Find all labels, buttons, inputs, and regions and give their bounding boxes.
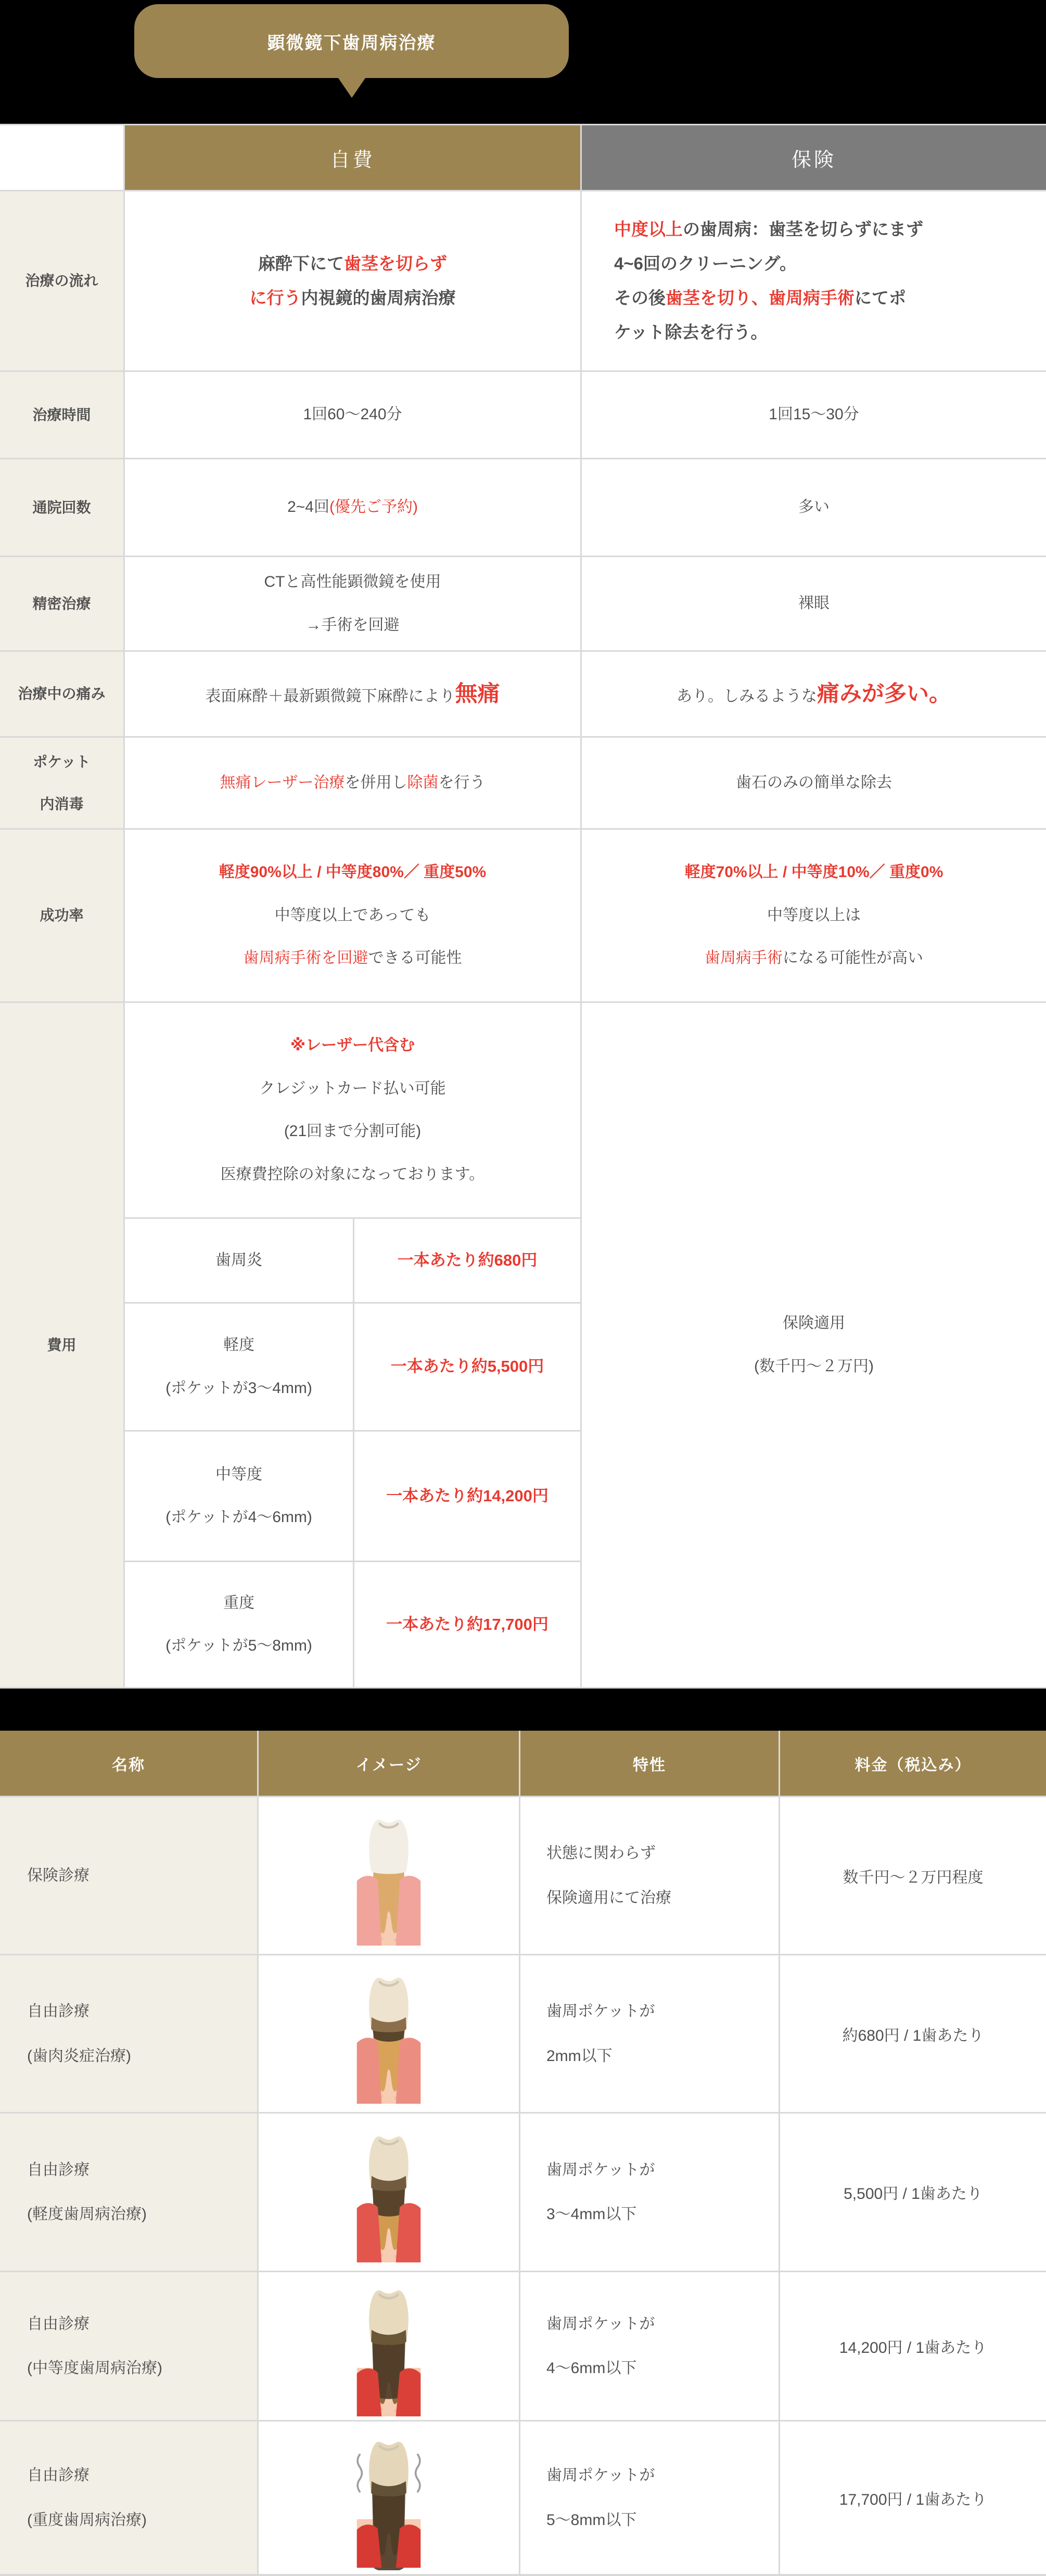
text-line: 歯周病手術になる可能性が高い — [705, 937, 923, 980]
treatment-feature-line: 保険適用にて治療 — [546, 1876, 671, 1921]
text-segment: (数千円〜２万円) — [754, 1358, 874, 1375]
row-label-cell: 治療時間 — [0, 372, 123, 458]
row-label-cell: 費用 — [0, 1003, 123, 1687]
emphasis-red-text: (優先ご予約) — [329, 498, 418, 516]
text-line: →手術を回避 — [306, 604, 400, 647]
text-segment: その後 — [614, 288, 666, 307]
text-line: 中等度以上であっても — [275, 894, 431, 937]
treatment-feature-line: 状態に関わらず — [546, 1831, 656, 1876]
insurance-cell: 軽度70%以上 / 中等度10%／ 重度0%中等度以上は歯周病手術になる可能性が… — [582, 830, 1046, 1001]
price-table: 名称 イメージ 特性 料金（税込み） 保険診療状態に関わらず保険適用にて治療数千… — [0, 1731, 1046, 2574]
text-segment: 麻酔下にて — [258, 254, 344, 273]
treatment-price-text: 17,700円 / 1歯あたり — [839, 2487, 987, 2509]
compare-header-empty-cell — [0, 125, 123, 190]
text-line: 歯石のみの簡単な除去 — [736, 766, 892, 800]
fee-info-block: ※レーザー代含むクレジットカード払い可能(21回まで分割可能)医療費控除の対象に… — [125, 1003, 580, 1217]
treatment-price-text: 14,200円 / 1歯あたり — [839, 2335, 987, 2358]
text-line: 多い — [798, 491, 830, 524]
fee-price-cell: 一本あたり約14,200円 — [354, 1432, 580, 1561]
fee-grade-line: 中等度 — [215, 1453, 262, 1497]
page-title: 顕微鏡下歯周病治療 — [267, 29, 436, 54]
emphasis-red-text: 歯茎を切り、歯周病手術 — [666, 288, 854, 307]
emphasis-red-text: 歯周病手術 — [705, 949, 783, 967]
text-line: (数千円〜２万円) — [754, 1345, 874, 1388]
row-label-cell: 精密治療 — [0, 557, 123, 650]
fee-grade-cell: 軽度(ポケットが3〜4mm) — [125, 1304, 353, 1430]
treatment-feature-line: 歯周ポケットが — [546, 2148, 655, 2193]
insurance-cell: 中度以上の歯周病：歯茎を切らずにまず4~6回のクリーニング。その後歯茎を切り、歯… — [582, 191, 1046, 370]
row-label-cell: ポケット内消毒 — [0, 738, 123, 828]
text-segment: 中等度以上は — [767, 907, 861, 924]
emphasis-red-text: 無痛 — [455, 681, 500, 706]
row-label-cell: 治療中の痛み — [0, 652, 123, 736]
self-pay-cell: CTと高性能顕微鏡を使用→手術を回避 — [125, 557, 580, 650]
text-line: 麻酔下にて歯茎を切らず — [258, 247, 447, 281]
treatment-feature-cell: 歯周ポケットが4〜6mm以下 — [520, 2272, 779, 2420]
treatment-image-cell — [259, 1797, 519, 1954]
text-segment: 2~4回 — [287, 498, 329, 516]
treatment-image-cell — [259, 2114, 519, 2271]
text-segment: ケット除去を行う。 — [614, 323, 768, 342]
treatment-name-line: 自由診療 — [27, 1989, 90, 2034]
treatment-feature-line: 2mm以下 — [546, 2034, 613, 2079]
fee-grade-line: (ポケットが4〜6mm) — [165, 1496, 312, 1539]
emphasis-red-text: 中度以上 — [614, 220, 683, 239]
text-segment: を併用し — [345, 774, 407, 791]
treatment-feature-line: 3〜4mm以下 — [546, 2192, 636, 2237]
treatment-name-cell: 自由診療(中等度歯周病治療) — [0, 2272, 257, 2420]
treatment-image-cell — [259, 2272, 519, 2420]
text-line: (21回まで分割可能) — [284, 1110, 421, 1153]
fee-price-cell: 一本あたり約5,500円 — [354, 1304, 580, 1430]
text-segment: 医療費控除の対象になっております。 — [221, 1166, 485, 1183]
treatment-price-cell: 17,700円 / 1歯あたり — [780, 2422, 1046, 2574]
text-segment: 保険適用 — [783, 1315, 845, 1332]
text-line: CTと高性能顕微鏡を使用 — [264, 561, 441, 604]
text-segment: 歯石のみの簡単な除去 — [736, 774, 892, 791]
treatment-name-cell: 自由診療(重度歯周病治療) — [0, 2422, 257, 2574]
treatment-price-text: 5,500円 / 1歯あたり — [844, 2181, 983, 2204]
self-pay-cell: 麻酔下にて歯茎を切らずに行う内視鏡的歯周病治療 — [125, 191, 580, 370]
fee-grade-line: 歯周炎 — [215, 1239, 262, 1282]
divider-band — [0, 1689, 1046, 1731]
fee-grade-cell: 歯周炎 — [125, 1219, 353, 1302]
tooth-mild-perio-icon — [339, 2117, 439, 2268]
row-label-line: 成功率 — [40, 894, 83, 936]
treatment-name-cell: 自由診療(軽度歯周病治療) — [0, 2114, 257, 2271]
compare-header-insurance: 保険 — [582, 125, 1046, 190]
emphasis-red-text: 痛みが多い。 — [817, 681, 951, 706]
row-label-line: 治療時間 — [32, 394, 91, 436]
treatment-price-text: 約680円 / 1歯あたり — [843, 2023, 984, 2045]
text-line: 2~4回(優先ご予約) — [287, 491, 418, 524]
text-segment: の歯周病：歯茎を切らずにまず — [683, 220, 923, 239]
emphasis-red-text: 歯茎を切らず — [344, 254, 447, 273]
row-label-cell: 通院回数 — [0, 459, 123, 556]
text-segment: できる可能性 — [368, 949, 462, 967]
treatment-price-cell: 数千円〜２万円程度 — [780, 1797, 1046, 1954]
treatment-feature-line: 歯周ポケットが — [546, 2302, 655, 2347]
emphasis-red-text: に行う — [250, 288, 301, 307]
fee-grade-line: (ポケットが5〜8mm) — [165, 1625, 312, 1668]
insurance-cost-cell: 保険適用(数千円〜２万円) — [582, 1003, 1046, 1687]
treatment-feature-cell: 歯周ポケットが2mm以下 — [520, 1955, 779, 2112]
self-pay-cell: 表面麻酔＋最新顕微鏡下麻酔により無痛 — [125, 652, 580, 736]
treatment-name-line: 自由診療 — [27, 2148, 90, 2193]
treatment-feature-cell: 歯周ポケットが3〜4mm以下 — [520, 2114, 779, 2271]
text-line: 軽度70%以上 / 中等度10%／ 重度0% — [685, 851, 943, 894]
top-banner-band: 顕微鏡下歯周病治療 — [0, 0, 1046, 124]
tooth-severe-perio-icon — [339, 2423, 439, 2573]
text-line: あり。しみるような痛みが多い。 — [677, 670, 951, 718]
fee-price-text: 一本あたり約14,200円 — [386, 1479, 548, 1514]
emphasis-red-text: 無痛レーザー治療 — [220, 774, 345, 791]
row-label-cell: 治療の流れ — [0, 191, 123, 370]
text-line: 保険適用 — [783, 1302, 845, 1345]
text-line: 表面麻酔＋最新顕微鏡下麻酔により無痛 — [206, 670, 500, 718]
text-line: ケット除去を行う。 — [614, 315, 768, 350]
text-line: 1回15〜30分 — [769, 398, 859, 432]
treatment-name-line: 自由診療 — [27, 2453, 90, 2498]
text-segment: を行う — [439, 774, 486, 791]
row-label-cell: 成功率 — [0, 830, 123, 1001]
treatment-feature-line: 4〜6mm以下 — [546, 2346, 636, 2391]
bottom-border — [0, 2574, 1046, 2576]
text-segment: 1回15〜30分 — [769, 406, 859, 423]
treatment-name-line: 自由診療 — [27, 2302, 90, 2347]
text-segment: (21回まで分割可能) — [284, 1123, 421, 1140]
row-label-line: 内消毒 — [40, 783, 83, 825]
compare-header-self-pay: 自費 — [125, 125, 580, 190]
self-pay-cell: 軽度90%以上 / 中等度80%／ 重度50%中等度以上であっても歯周病手術を回… — [125, 830, 580, 1001]
treatment-name-cell: 保険診療 — [0, 1797, 257, 1954]
speech-bubble: 顕微鏡下歯周病治療 — [134, 4, 569, 78]
price-header-fee: 料金（税込み） — [780, 1731, 1046, 1796]
price-header-feature: 特性 — [520, 1731, 779, 1796]
treatment-feature-line: 歯周ポケットが — [546, 1989, 655, 2034]
treatment-feature-cell: 状態に関わらず保険適用にて治療 — [520, 1797, 779, 1954]
row-label-line: 治療の流れ — [25, 260, 98, 302]
treatment-price-text: 数千円〜２万円程度 — [843, 1864, 984, 1887]
text-segment: 中等度以上であっても — [275, 907, 431, 924]
text-segment: クレジットカード払い可能 — [259, 1080, 445, 1097]
text-line: 歯周病手術を回避できる可能性 — [244, 937, 462, 980]
emphasis-red-text: 除菌 — [407, 774, 439, 791]
text-line: 中等度以上は — [767, 894, 861, 937]
self-pay-cell: 無痛レーザー治療を併用し除菌を行う — [125, 738, 580, 828]
fee-price-cell: 一本あたり約17,700円 — [354, 1562, 580, 1687]
text-line: 1回60〜240分 — [303, 398, 402, 432]
text-segment: あり。しみるような — [677, 688, 817, 705]
text-line: クレジットカード払い可能 — [259, 1067, 445, 1111]
treatment-price-cell: 5,500円 / 1歯あたり — [780, 2114, 1046, 2271]
text-segment: 表面麻酔＋最新顕微鏡下麻酔により — [206, 688, 455, 705]
treatment-feature-cell: 歯周ポケットが5〜8mm以下 — [520, 2422, 779, 2574]
text-line: 軽度90%以上 / 中等度80%／ 重度50% — [219, 851, 486, 894]
row-label-line: 費用 — [47, 1324, 76, 1366]
self-pay-cell: 2~4回(優先ご予約) — [125, 459, 580, 556]
row-label-line: 通院回数 — [32, 486, 91, 529]
tooth-gingivitis-icon — [339, 1959, 439, 2109]
treatment-name-line: (重度歯周病治療) — [27, 2498, 147, 2543]
treatment-compare-table: 自費 保険 治療の流れ麻酔下にて歯茎を切らずに行う内視鏡的歯周病治療中度以上の歯… — [0, 124, 1046, 1689]
text-segment: になる可能性が高い — [783, 949, 923, 967]
price-header-image: イメージ — [259, 1731, 519, 1796]
emphasis-red-text: 軽度90%以上 / 中等度80%／ 重度50% — [219, 864, 486, 881]
tooth-moderate-perio-icon — [339, 2271, 439, 2422]
treatment-image-cell — [259, 1955, 519, 2112]
fee-price-text: 一本あたり約17,700円 — [386, 1607, 548, 1642]
treatment-name-line: (中等度歯周病治療) — [27, 2346, 162, 2391]
text-segment: 多い — [798, 498, 830, 516]
self-pay-cost-cell: ※レーザー代含むクレジットカード払い可能(21回まで分割可能)医療費控除の対象に… — [125, 1003, 580, 1687]
text-line: 裸眼 — [798, 587, 830, 621]
row-label-line: 治療中の痛み — [18, 673, 105, 715]
text-segment: 裸眼 — [798, 595, 830, 612]
text-line: ※レーザー代含む — [290, 1024, 415, 1067]
text-segment: →手術を回避 — [306, 616, 400, 634]
treatment-price-cell: 14,200円 / 1歯あたり — [780, 2272, 1046, 2420]
insurance-cell: 多い — [582, 459, 1046, 556]
text-line: 4~6回のクリーニング。 — [614, 247, 797, 281]
fee-grade-cell: 中等度(ポケットが4〜6mm) — [125, 1432, 353, 1561]
treatment-feature-line: 歯周ポケットが — [546, 2453, 655, 2498]
treatment-price-cell: 約680円 / 1歯あたり — [780, 1955, 1046, 2112]
text-segment: 内視鏡的歯周病治療 — [301, 288, 456, 307]
insurance-cell: あり。しみるような痛みが多い。 — [582, 652, 1046, 736]
fee-grade-line: 軽度 — [223, 1324, 254, 1367]
self-pay-cell: 1回60〜240分 — [125, 372, 580, 458]
fee-price-text: 一本あたり約5,500円 — [391, 1349, 544, 1384]
tooth-healthy-icon — [339, 1800, 439, 1951]
fee-grade-cell: 重度(ポケットが5〜8mm) — [125, 1562, 353, 1687]
treatment-name-line: (歯肉炎症治療) — [27, 2034, 131, 2079]
fee-price-cell: 一本あたり約680円 — [354, 1219, 580, 1302]
text-line: 医療費控除の対象になっております。 — [221, 1153, 485, 1196]
text-line: 無痛レーザー治療を併用し除菌を行う — [220, 766, 486, 800]
insurance-cell: 1回15〜30分 — [582, 372, 1046, 458]
insurance-cell: 歯石のみの簡単な除去 — [582, 738, 1046, 828]
text-line: 中度以上の歯周病：歯茎を切らずにまず — [614, 212, 923, 247]
treatment-name-line: (軽度歯周病治療) — [27, 2192, 147, 2237]
treatment-name-cell: 自由診療(歯肉炎症治療) — [0, 1955, 257, 2112]
text-segment: CTと高性能顕微鏡を使用 — [264, 573, 441, 590]
fee-grade-line: (ポケットが3〜4mm) — [165, 1367, 312, 1410]
text-line: に行う内視鏡的歯周病治療 — [250, 281, 456, 315]
fee-price-text: 一本あたり約680円 — [398, 1243, 538, 1278]
text-segment: 1回60〜240分 — [303, 406, 402, 423]
fee-grade-line: 重度 — [223, 1582, 254, 1625]
emphasis-red-text: 軽度70%以上 / 中等度10%／ 重度0% — [685, 864, 943, 881]
treatment-image-cell — [259, 2422, 519, 2574]
insurance-cell: 裸眼 — [582, 557, 1046, 650]
emphasis-red-text: ※レーザー代含む — [290, 1037, 415, 1054]
text-line: その後歯茎を切り、歯周病手術にてポ — [614, 281, 906, 315]
treatment-name-line: 保険診療 — [27, 1853, 90, 1898]
text-segment: にてポ — [854, 288, 906, 307]
text-segment: 4~6回のクリーニング。 — [614, 254, 797, 273]
treatment-feature-line: 5〜8mm以下 — [546, 2498, 636, 2543]
row-label-line: ポケット — [33, 741, 91, 783]
emphasis-red-text: 歯周病手術を回避 — [244, 949, 368, 967]
row-label-line: 精密治療 — [32, 583, 91, 625]
price-header-name: 名称 — [0, 1731, 257, 1796]
